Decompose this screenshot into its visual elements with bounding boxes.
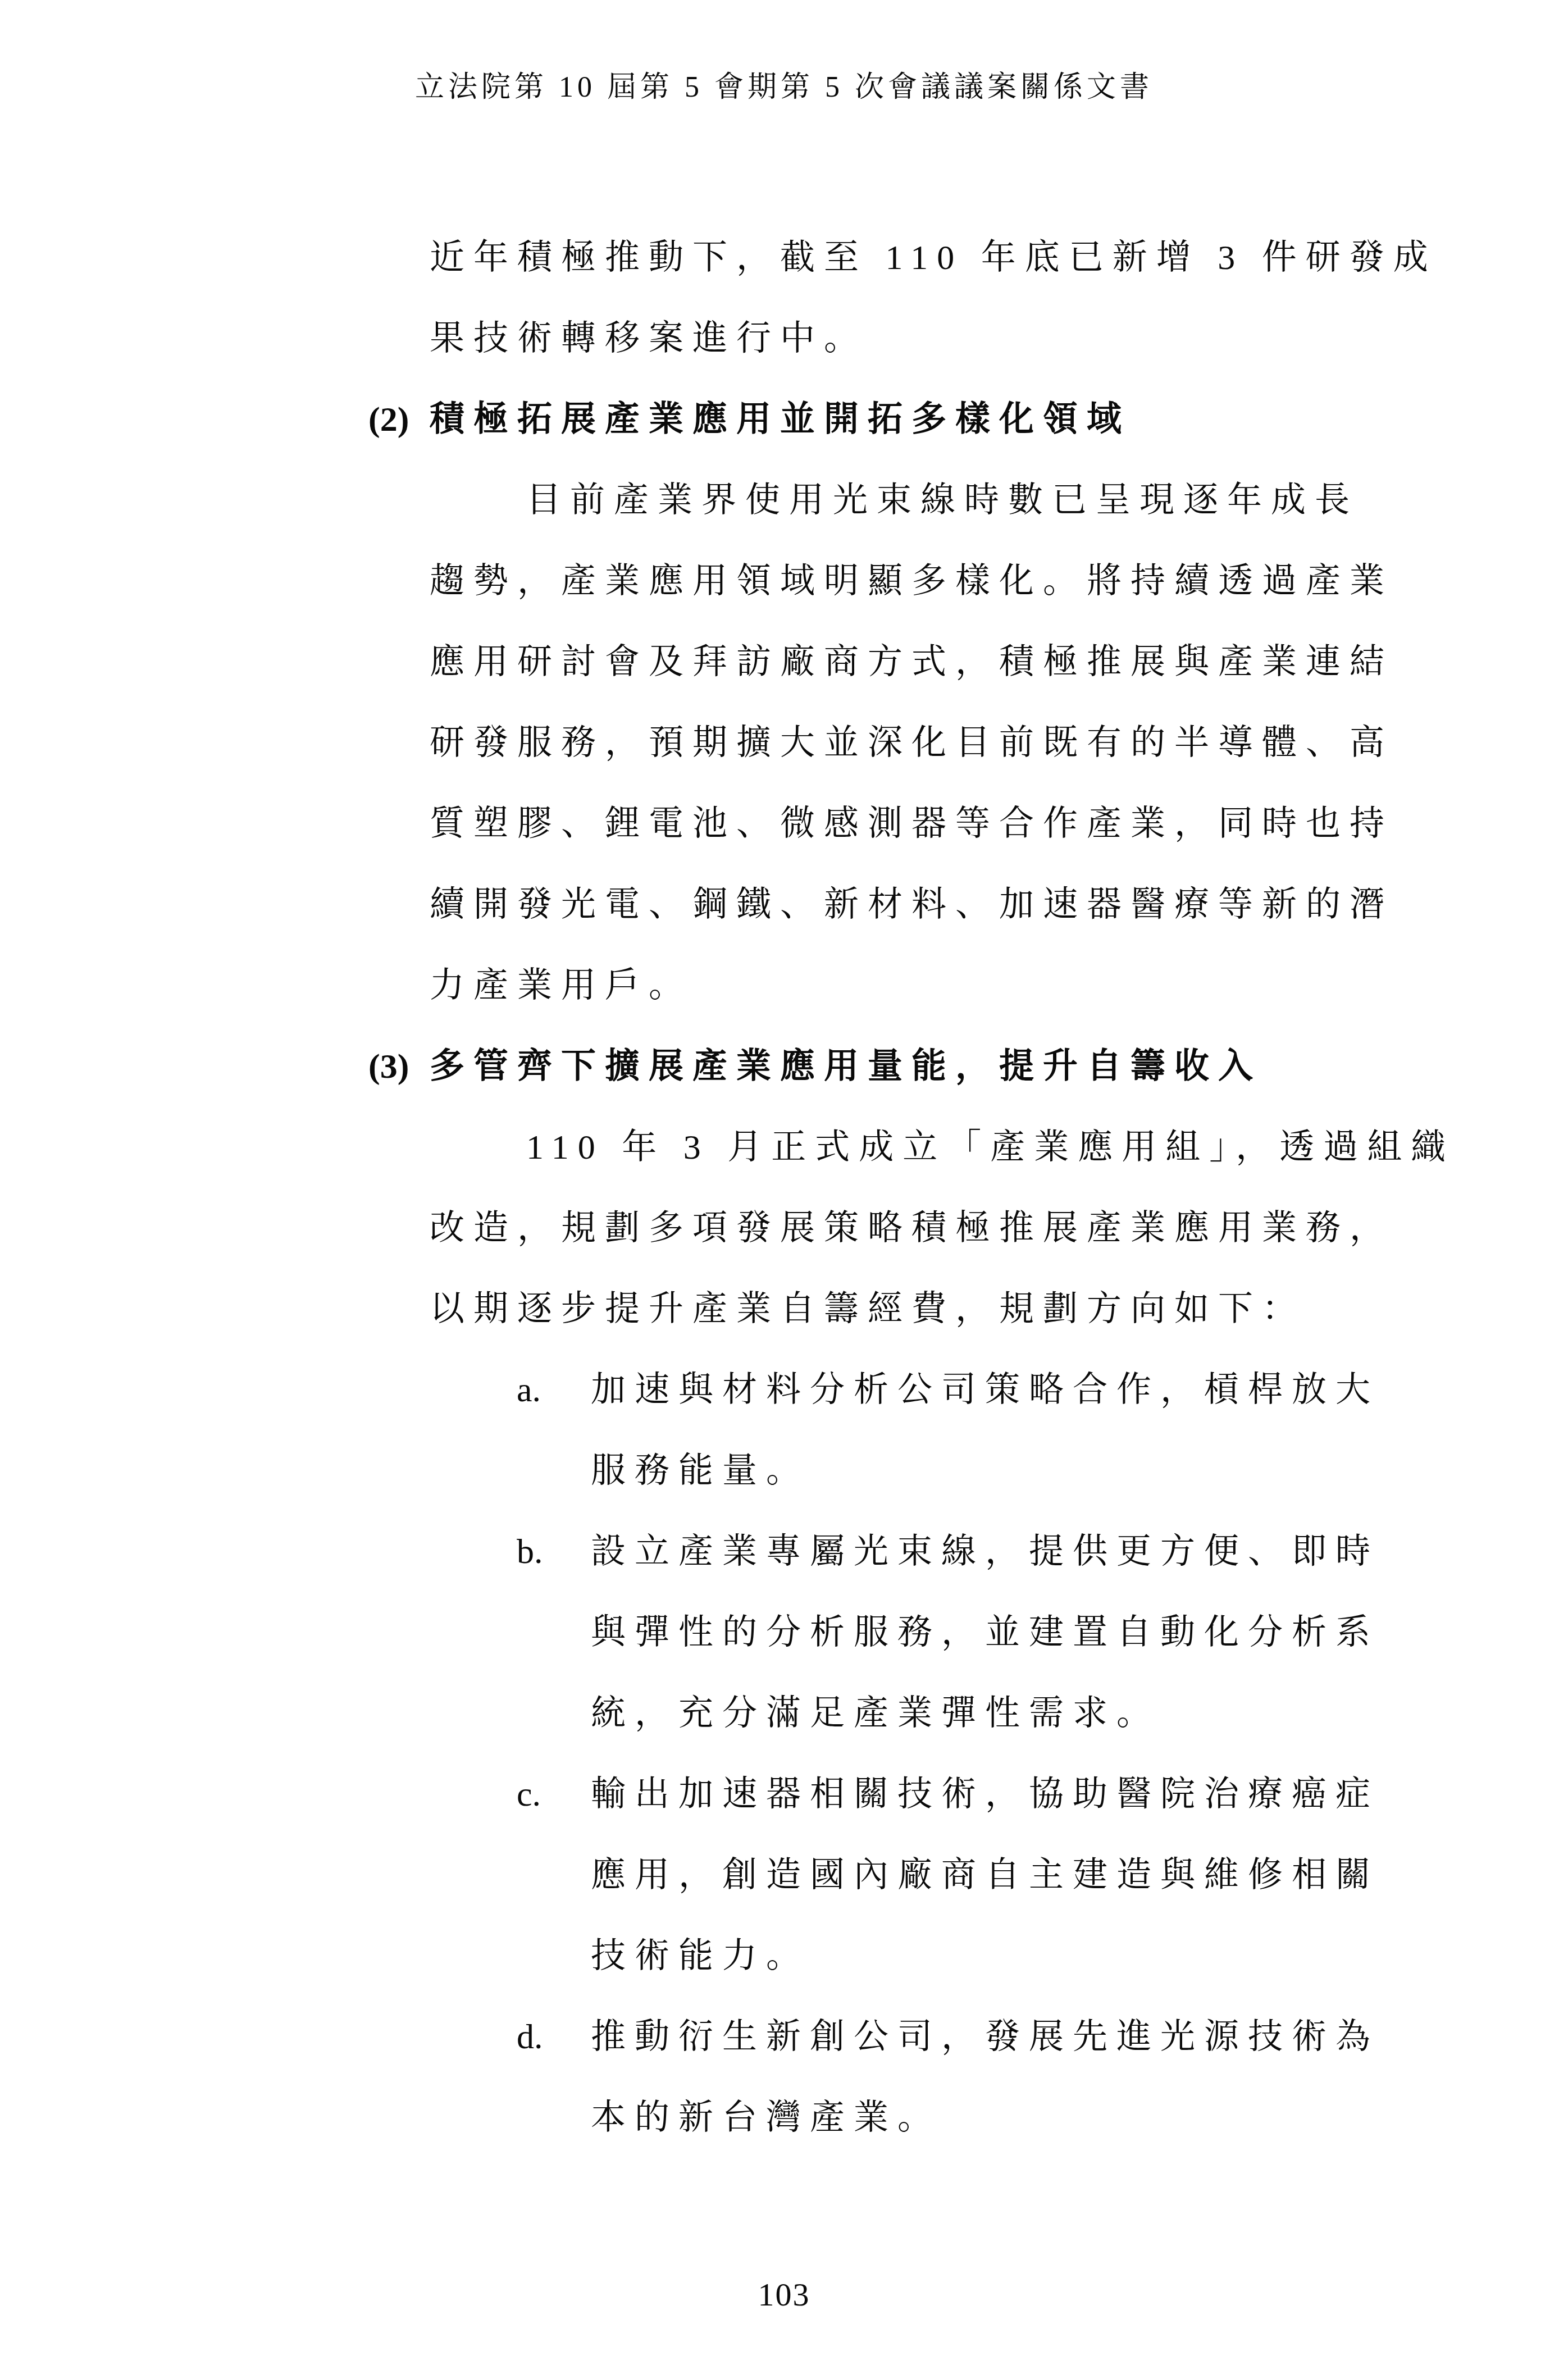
list-item-line: 統，充分滿足產業彈性需求。	[591, 1673, 1568, 1754]
list-item-a: a.加速與材料分析公司策略合作，槓桿放大	[517, 1350, 1568, 1430]
paragraph-line: 果技術轉移案進行中。	[430, 298, 1568, 379]
section-heading-3: (3)多管齊下擴展產業應用量能，提升自籌收入	[368, 1026, 1568, 1107]
paragraph-line: 續開發光電、鋼鐵、新材料、加速器醫療等新的潛	[430, 864, 1568, 945]
list-item-line: 本的新台灣產業。	[591, 2077, 1568, 2158]
list-item-text: 輸出加速器相關技術，協助醫院治療癌症	[591, 1775, 1379, 1813]
list-item-text: 設立產業專屬光束線，提供更方便、即時	[591, 1533, 1379, 1571]
section-title: 多管齊下擴展產業應用量能，提升自籌收入	[430, 1047, 1262, 1086]
section-heading-2: (2)積極拓展產業應用並開拓多樣化領域	[368, 379, 1568, 460]
section-title: 積極拓展產業應用並開拓多樣化領域	[430, 400, 1131, 439]
list-item-line: 應用，創造國內廠商自主建造與維修相關	[591, 1835, 1568, 1916]
section-number: (2)	[368, 379, 430, 460]
list-item-marker: b.	[517, 1511, 591, 1592]
paragraph-line: 以期逐步提升產業自籌經費，規劃方向如下：	[430, 1269, 1568, 1350]
list-item-text: 推動衍生新創公司，發展先進光源技術為	[591, 2018, 1379, 2056]
list-item-d: d.推動衍生新創公司，發展先進光源技術為	[517, 1997, 1568, 2077]
paragraph-line: 改造，規劃多項發展策略積極推展產業應用業務，	[430, 1188, 1568, 1269]
list-item-line: 技術能力。	[591, 1916, 1568, 1997]
list-item-b: b.設立產業專屬光束線，提供更方便、即時	[517, 1511, 1568, 1592]
paragraph-line: 110 年 3 月正式成立「產業應用組」，透過組織	[526, 1107, 1568, 1188]
list-item-line: 與彈性的分析服務，並建置自動化分析系	[591, 1592, 1568, 1673]
document-page: 立法院第 10 屆第 5 會期第 5 次會議議案關係文書 近年積極推動下，截至 …	[0, 0, 1568, 2374]
paragraph-line: 質塑膠、鋰電池、微感測器等合作產業，同時也持	[430, 783, 1568, 864]
list-item-marker: d.	[517, 1997, 591, 2077]
paragraph-line: 力產業用戶。	[430, 945, 1568, 1026]
document-body: 近年積極推動下，截至 110 年底已新增 3 件研發成 果技術轉移案進行中。 (…	[0, 217, 1568, 2158]
list-item-line: 服務能量。	[591, 1430, 1568, 1511]
page-number: 103	[0, 2276, 1568, 2313]
section-number: (3)	[368, 1026, 430, 1107]
paragraph-line: 近年積極推動下，截至 110 年底已新增 3 件研發成	[430, 217, 1568, 298]
list-item-marker: c.	[517, 1754, 591, 1835]
paragraph-line: 目前產業界使用光束線時數已呈現逐年成長	[526, 460, 1568, 541]
paragraph-line: 研發服務，預期擴大並深化目前既有的半導體、高	[430, 703, 1568, 783]
document-header-title: 立法院第 10 屆第 5 會期第 5 次會議議案關係文書	[0, 63, 1568, 105]
list-item-text: 加速與材料分析公司策略合作，槓桿放大	[591, 1371, 1379, 1409]
paragraph-line: 趨勢，產業應用領域明顯多樣化。將持續透過產業	[430, 541, 1568, 622]
list-item-marker: a.	[517, 1350, 591, 1430]
paragraph-line: 應用研討會及拜訪廠商方式，積極推展與產業連結	[430, 622, 1568, 703]
list-item-c: c.輸出加速器相關技術，協助醫院治療癌症	[517, 1754, 1568, 1835]
